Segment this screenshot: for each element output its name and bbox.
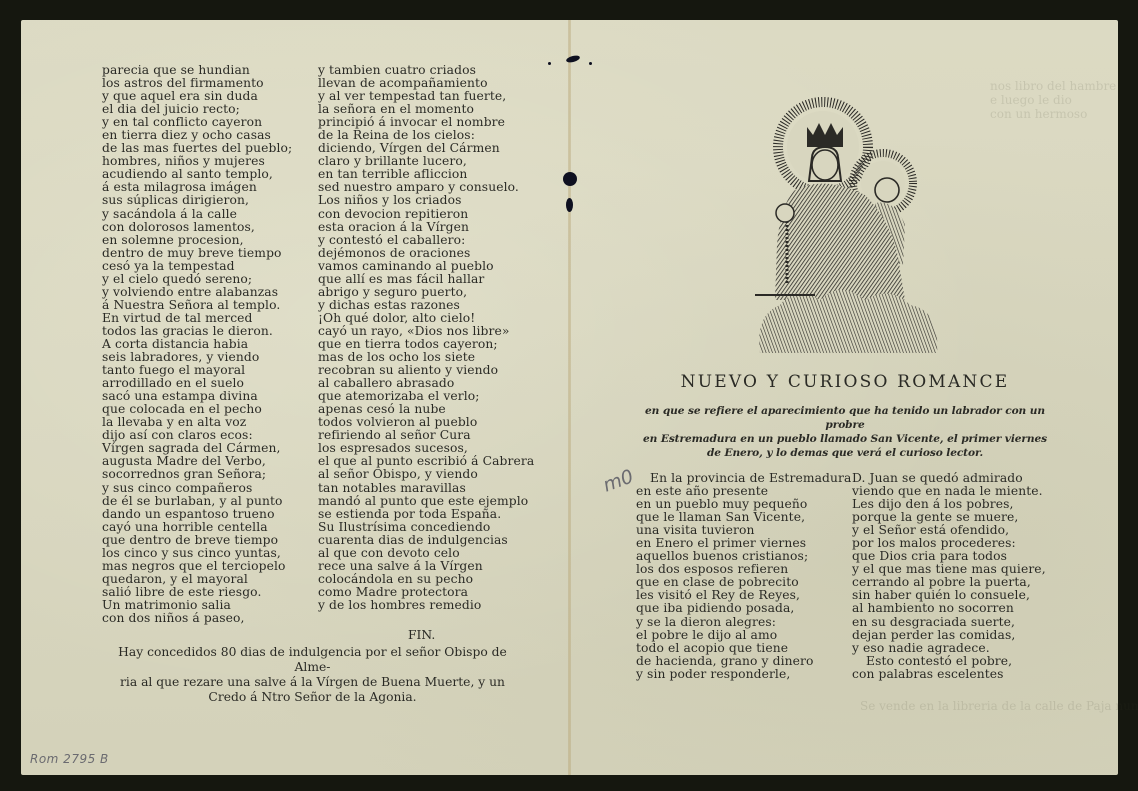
ink-blot	[589, 62, 592, 65]
verse-line: dando un espantoso trueno	[102, 508, 292, 521]
romance-title: NUEVO Y CURIOSO ROMANCE	[630, 372, 1060, 392]
verse-line: de él se burlaban, y al punto	[102, 495, 292, 508]
verse-line: Un matrimonio salia	[102, 599, 292, 612]
verse-line: los cinco y sus cinco yuntas,	[102, 547, 292, 560]
end-mark: FIN.	[408, 628, 435, 642]
footnote-line: Hay concedidos 80 dias de indulgencia po…	[100, 645, 525, 675]
footnote-line: ria al que rezare una salve á la Vírgen …	[100, 675, 525, 690]
footnote-line: Credo á Ntro Señor de la Agonia.	[100, 690, 525, 705]
verse-line: esta oracion á la Vírgen	[318, 221, 534, 234]
bleed-through-text: e luego le dio	[990, 94, 1072, 107]
verse-line: socorrednos gran Señora;	[102, 468, 292, 481]
verse-line: de hacienda, grano y dinero	[636, 655, 851, 668]
verse-line: cayó una horrible centella	[102, 521, 292, 534]
verse-line: que dentro de breve tiempo	[102, 534, 292, 547]
verse-line: rece una salve á la Vírgen	[318, 560, 534, 573]
verse-line: cesó ya la tempestad	[102, 260, 292, 273]
verse-line: abrigo y seguro puerto,	[318, 286, 534, 299]
verse-line: Su Ilustrísima concediendo	[318, 521, 534, 534]
romance-subtitle: en que se refiere el aparecimiento que h…	[630, 404, 1060, 460]
verse-line: y sin poder responderle,	[636, 668, 851, 681]
bleed-through-text: Se vende en la libreria de la calle de P…	[860, 700, 1138, 713]
verse-line: Los niños y los criados	[318, 194, 534, 207]
verse-line: y volviendo entre alabanzas	[102, 286, 292, 299]
verse-line: con dos niños á paseo,	[102, 612, 292, 625]
verse-line: tan notables maravillas	[318, 482, 534, 495]
verse-line: salió libre de este riesgo.	[102, 586, 292, 599]
subtitle-line: en Estremadura en un pueblo llamado San …	[630, 432, 1060, 446]
verse-line: con palabras escelentes	[852, 668, 1046, 681]
center-fold	[568, 20, 571, 775]
bleed-through-text: con un hermoso	[990, 108, 1087, 121]
verse-line: ¡Oh qué dolor, alto cielo!	[318, 312, 534, 325]
ink-blot	[548, 62, 551, 65]
verse-line: sus súplicas dirigieron,	[102, 194, 292, 207]
verse-line: cuarenta dias de indulgencias	[318, 534, 534, 547]
verse-line: mas negros que el terciopelo	[102, 560, 292, 573]
verse-line: que allí es mas fácil hallar	[318, 273, 534, 286]
verse-line: Esto contestó el pobre,	[852, 655, 1046, 668]
verse-line: que iba pidiendo posada,	[636, 602, 851, 615]
left-page-column-1: parecia que se hundianlos astros del fir…	[102, 64, 292, 625]
verse-line: se estienda por toda España.	[318, 508, 534, 521]
verse-line: como Madre protectora	[318, 586, 534, 599]
indulgence-footnote: Hay concedidos 80 dias de indulgencia po…	[100, 645, 525, 705]
bleed-through-text: nos libro del hambre	[990, 80, 1116, 93]
subtitle-line: en que se refiere el aparecimiento que h…	[630, 404, 1060, 432]
verse-line: al que con devoto celo	[318, 547, 534, 560]
ink-blot	[566, 198, 573, 212]
verse-line: vamos caminando al pueblo	[318, 260, 534, 273]
verse-line: á Nuestra Señora al templo.	[102, 299, 292, 312]
right-page-column-1: En la provincia de Estremaduraen este añ…	[636, 472, 851, 681]
verse-line: todo el acopio que tiene	[636, 642, 851, 655]
verse-line: mandó al punto que este ejemplo	[318, 495, 534, 508]
verse-line: con dolorosos lamentos,	[102, 221, 292, 234]
subtitle-line: de Enero, y lo demas que verá el curioso…	[630, 446, 1060, 460]
verse-line: y de los hombres remedio	[318, 599, 534, 612]
verse-line: y se la dieron alegres:	[636, 616, 851, 629]
verse-line: dentro de muy breve tiempo	[102, 247, 292, 260]
left-page-column-2: y tambien cuatro criadosllevan de acompa…	[318, 64, 534, 612]
verse-line: dejan perder las comidas,	[852, 629, 1046, 642]
ink-blot	[563, 172, 577, 186]
virgin-and-child-woodcut-icon	[755, 95, 945, 353]
verse-line: el pobre le dijo al amo	[636, 629, 851, 642]
verse-line: en su desgraciada suerte,	[852, 616, 1046, 629]
verse-line: con devocion repitieron	[318, 208, 534, 221]
verse-line: y contestó el caballero:	[318, 234, 534, 247]
verse-line: quedaron, y el mayoral	[102, 573, 292, 586]
verse-line: En virtud de tal merced	[102, 312, 292, 325]
right-page-column-2: D. Juan se quedó admiradoviendo que en n…	[852, 472, 1046, 681]
verse-line: y sacándola á la calle	[102, 208, 292, 221]
verse-line: al señor Obispo, y viendo	[318, 468, 534, 481]
verse-line: y eso nadie agradece.	[852, 642, 1046, 655]
verse-line: al hambiento no socorren	[852, 602, 1046, 615]
verse-line: y sus cinco compañeros	[102, 482, 292, 495]
pencil-catalog-number: Rom 2795 B	[30, 752, 109, 766]
verse-line: y dichas estas razones	[318, 299, 534, 312]
verse-line: colocándola en su pecho	[318, 573, 534, 586]
verse-line: en solemne procesion,	[102, 234, 292, 247]
verse-line: dejémonos de oraciones	[318, 247, 534, 260]
verse-line: y el cielo quedó sereno;	[102, 273, 292, 286]
